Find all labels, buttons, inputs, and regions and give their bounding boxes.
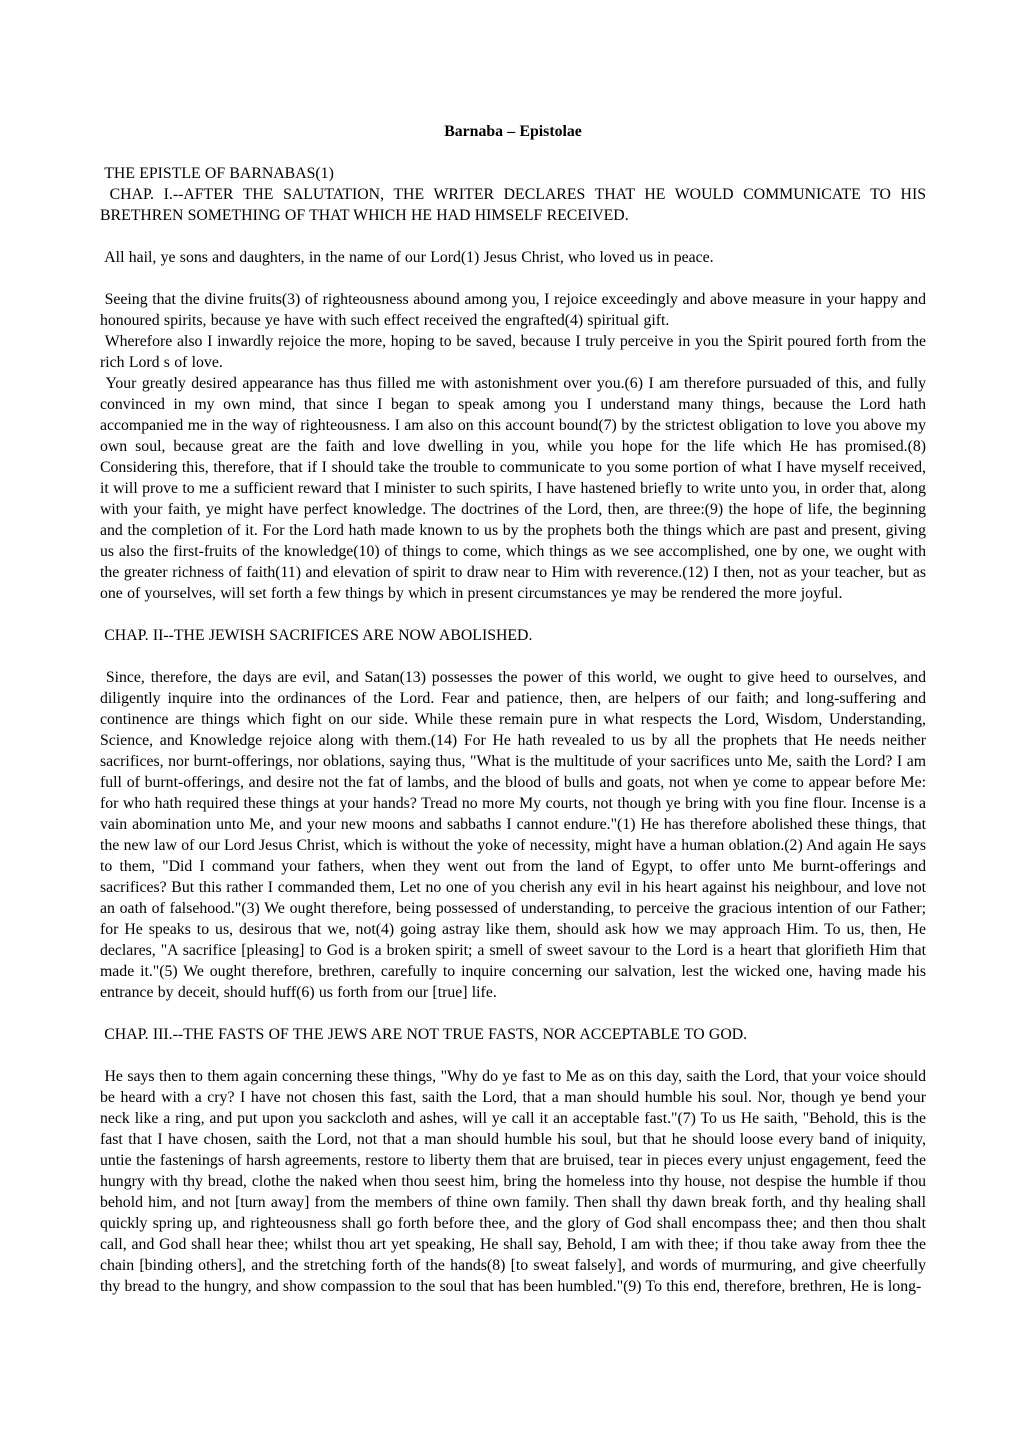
- blank-line: [100, 268, 926, 289]
- document-page: Barnaba – Epistolae THE EPISTLE OF BARNA…: [0, 0, 1020, 1443]
- paragraph-salutation: All hail, ye sons and daughters, in the …: [100, 247, 926, 268]
- epistle-title: THE EPISTLE OF BARNABAS(1): [100, 163, 926, 184]
- paragraph-chapter-2: Since, therefore, the days are evil, and…: [100, 667, 926, 1003]
- chapter-3-heading: CHAP. III.--THE FASTS OF THE JEWS ARE NO…: [100, 1024, 926, 1045]
- blank-line: [100, 1045, 926, 1066]
- paragraph-chapter-3: He says then to them again concerning th…: [100, 1066, 926, 1297]
- blank-line: [100, 226, 926, 247]
- paragraph-wherefore: Wherefore also I inwardly rejoice the mo…: [100, 331, 926, 373]
- paragraph-seeing: Seeing that the divine fruits(3) of righ…: [100, 289, 926, 331]
- blank-line: [100, 646, 926, 667]
- chapter-1-heading: CHAP. I.--AFTER THE SALUTATION, THE WRIT…: [100, 184, 926, 226]
- blank-line: [100, 604, 926, 625]
- document-title: Barnaba – Epistolae: [100, 121, 926, 142]
- document-body: Barnaba – Epistolae THE EPISTLE OF BARNA…: [100, 121, 926, 1297]
- chapter-2-heading: CHAP. II--THE JEWISH SACRIFICES ARE NOW …: [100, 625, 926, 646]
- blank-line: [100, 1003, 926, 1024]
- paragraph-your-greatly: Your greatly desired appearance has thus…: [100, 373, 926, 604]
- blank-line: [100, 142, 926, 163]
